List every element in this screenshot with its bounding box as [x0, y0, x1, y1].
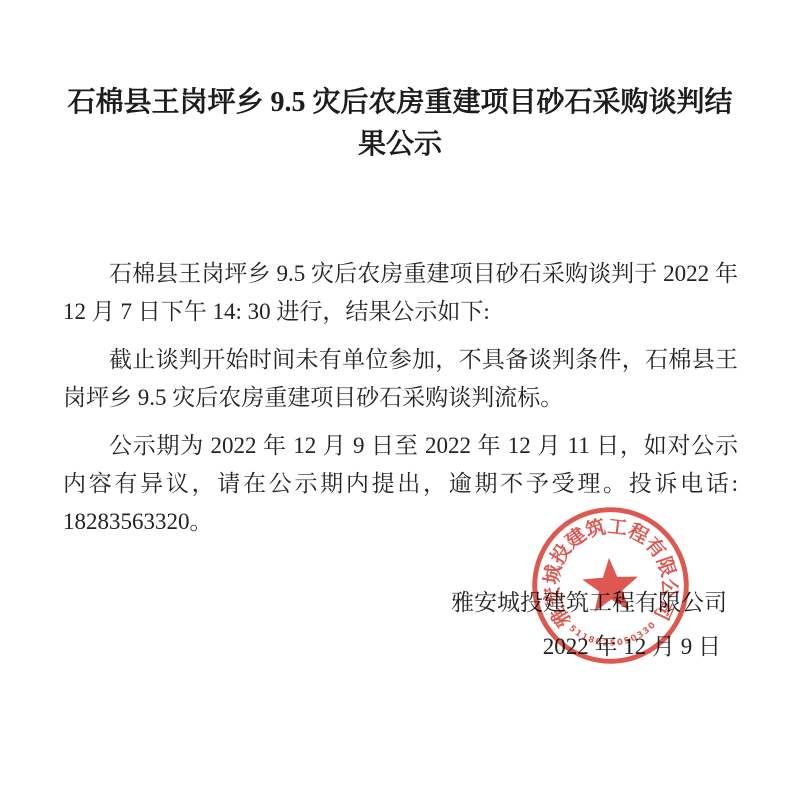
paragraph-negotiation-time: 石棉县王岗坪乡 9.5 灾后农房重建项目砂石采购谈判于 2022 年 12 月 …: [63, 255, 738, 331]
paragraph-publicity-period: 公示期为 2022 年 12 月 9 日至 2022 年 12 月 11 日，如…: [63, 427, 738, 541]
page-title: 石棉县王岗坪乡 9.5 灾后农房重建项目砂石采购谈判结果公示: [58, 82, 742, 166]
signature-date: 2022 年 12 月 9 日: [0, 628, 800, 666]
signature-block: 雅安城投建筑工程有限公司 2022 年 12 月 9 日: [0, 584, 800, 666]
document-body: 石棉县王岗坪乡 9.5 灾后农房重建项目砂石采购谈判于 2022 年 12 月 …: [63, 255, 738, 541]
paragraph-result-failed-bid: 截止谈判开始时间未有单位参加，不具备谈判条件，石棉县王岗坪乡 9.5 灾后农房重…: [63, 341, 738, 417]
signature-company-name: 雅安城投建筑工程有限公司: [0, 584, 800, 622]
notice-document: 石棉县王岗坪乡 9.5 灾后农房重建项目砂石采购谈判结果公示 石棉县王岗坪乡 9…: [0, 0, 800, 799]
